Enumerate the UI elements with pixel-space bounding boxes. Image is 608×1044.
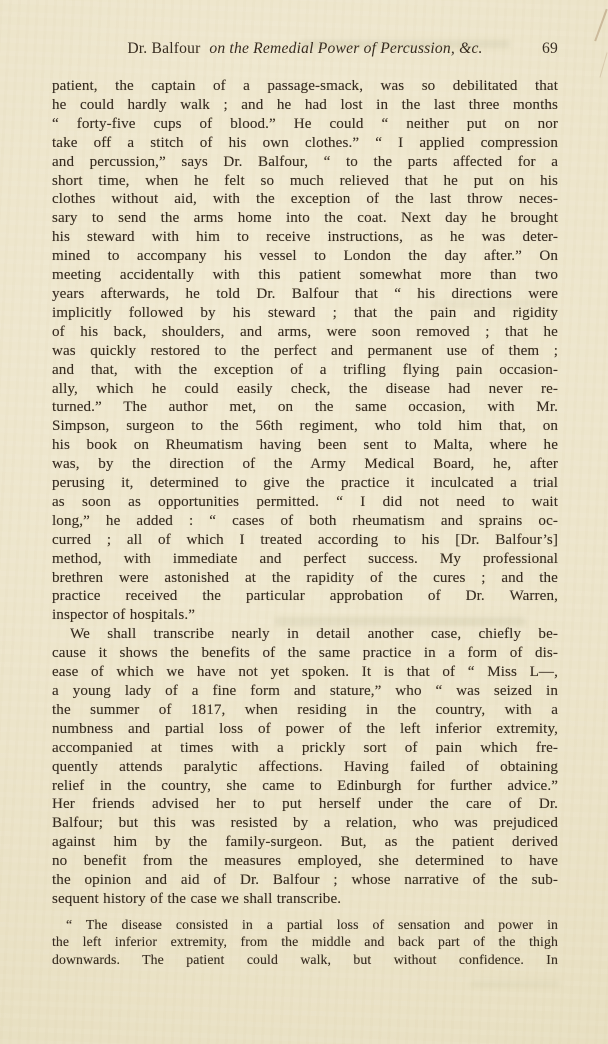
text-line: method, with immediate and perfect succe… [52,550,558,569]
text-line: patient, the captain of a passage-smack,… [52,77,558,96]
text-line: perusing it, determined to give the prac… [52,474,558,493]
paragraph-1: patient, the captain of a passage-smack,… [52,77,558,625]
text-line: the opinion and aid of Dr. Balfour ; who… [52,871,558,890]
text-line: “ The disease consisted in a partial los… [52,916,558,934]
text-line: a young lady of a fine form and stature,… [52,682,558,701]
text-line: Simpson, surgeon to the 56th regiment, w… [52,417,558,436]
text-line: curred ; all of which I treated accordin… [52,531,558,550]
text-line: implicitly followed by his steward ; tha… [52,304,558,323]
text-line: the summer of 1817, when residing in the… [52,701,558,720]
text-line: sequent history of the case we shall tra… [52,890,558,909]
text-line: Balfour; but this was resisted by a rela… [52,814,558,833]
text-line: years afterwards, he told Dr. Balfour th… [52,285,558,304]
text-line: was quickly restored to the perfect and … [52,342,558,361]
text-line: numbness and partial loss of power of th… [52,720,558,739]
book-page: Dr. Balfour on the Remedial Power of Per… [0,0,608,1044]
page-content: Dr. Balfour on the Remedial Power of Per… [52,40,558,968]
text-line: sary to send the arms home into the coat… [52,209,558,228]
page-number: 69 [542,40,558,58]
text-line: quently attends paralytic affections. Ha… [52,758,558,777]
text-line: mined to accompany his vessel to London … [52,247,558,266]
text-line: long,” he added : “ cases of both rheuma… [52,512,558,531]
text-line: clothes without aid, with the exception … [52,190,558,209]
text-line: “ forty-five cups of blood.” He could “ … [52,115,558,134]
text-line: turned.” The author met, on the same occ… [52,398,558,417]
text-line: inspector of hospitals.” [52,606,558,625]
text-line: cause it shows the benefits of the same … [52,644,558,663]
text-line: short time, when he felt so much relieve… [52,172,558,191]
text-line: meeting accidentally with this patient s… [52,266,558,285]
text-line: ally, which he could easily check, the d… [52,380,558,399]
text-line: was, by the direction of the Army Medica… [52,455,558,474]
text-line: no benefit from the measures employed, s… [52,852,558,871]
text-line: Her friends advised her to put herself u… [52,795,558,814]
text-line: his steward with him to receive instruct… [52,228,558,247]
paragraph-2: We shall transcribe nearly in detail ano… [52,625,558,909]
text-line: downwards. The patient could walk, but w… [52,951,558,969]
running-header: Dr. Balfour on the Remedial Power of Per… [52,40,558,64]
text-line: the left inferior extremity, from the mi… [52,933,558,951]
header-author: Dr. Balfour [127,40,200,57]
page-body: patient, the captain of a passage-smack,… [52,77,558,968]
paragraph-3-blockquote: “ The disease consisted in a partial los… [52,916,558,969]
header-title: on the Remedial Power of Percussion, &c. [209,40,482,57]
text-line: against him by the family-surgeon. But, … [52,833,558,852]
text-line: of his back, shoulders, and arms, were s… [52,323,558,342]
text-line: We shall transcribe nearly in detail ano… [52,625,558,644]
text-line: practice received the particular approba… [52,587,558,606]
text-line: he could hardly walk ; and he had lost i… [52,96,558,115]
text-line: accompanied at times with a prickly sort… [52,739,558,758]
text-line: take off a stitch of his own clothes.” “… [52,134,558,153]
text-line: as soon as opportunities permitted. “ I … [52,493,558,512]
text-line: relief in the country, she came to Edinb… [52,777,558,796]
text-line: and percussion,” says Dr. Balfour, “ to … [52,153,558,172]
text-line: his book on Rheumatism having been sent … [52,436,558,455]
text-line: and that, with the exception of a trifli… [52,361,558,380]
scan-artifact [599,52,607,77]
show-through [470,980,560,988]
scan-artifact [594,9,607,41]
text-line: ease of which we have not yet spoken. It… [52,663,558,682]
text-line: brethren were astonished at the rapidity… [52,569,558,588]
